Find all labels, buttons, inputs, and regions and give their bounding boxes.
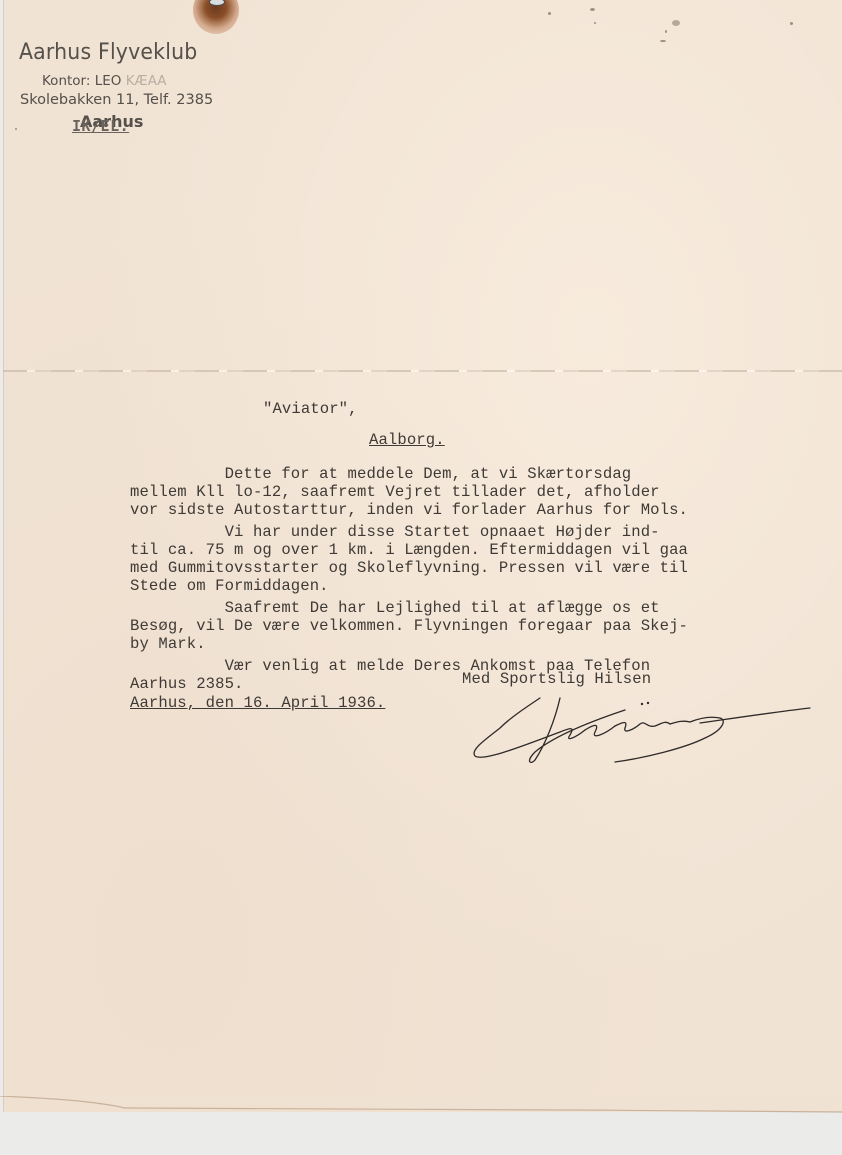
paper-speck — [790, 22, 793, 25]
reference-initials: IK/EL. — [72, 117, 129, 135]
body-line: Saafremt De har Lejlighed til at aflægge… — [130, 599, 660, 617]
paper-speck — [15, 128, 17, 130]
body-line: med Gummitovsstarter og Skoleflyvning. P… — [130, 559, 688, 577]
recipient-name: "Aviator", — [263, 400, 358, 418]
club-address: Skolebakken 11, Telf. 2385 — [20, 92, 213, 108]
club-name: Aarhus Flyveklub — [19, 40, 197, 65]
place-and-date: Aarhus, den 16. April 1936. — [130, 694, 385, 712]
office-line: Kontor: LEO KÆAA — [42, 73, 167, 89]
paper-speck — [594, 22, 596, 24]
paper-speck — [590, 8, 595, 11]
office-name-faded: KÆAA — [126, 73, 167, 89]
recipient-city: Aalborg. — [369, 431, 445, 449]
body-line: Besøg, vil De være velkommen. Flyvningen… — [130, 617, 688, 635]
body-line: Vi har under disse Startet opnaaet Højde… — [130, 523, 660, 541]
body-line: Dette for at meddele Dem, at vi Skærtors… — [130, 465, 631, 483]
body-line: til ca. 75 m og over 1 km. i Længden. Ef… — [130, 541, 688, 559]
body-line: Aarhus 2385. — [130, 675, 244, 693]
closing-salutation: Med Sportslig Hilsen — [462, 670, 651, 688]
body-line: Stede om Formiddagen. — [130, 577, 329, 595]
paper-speck — [665, 30, 667, 33]
body-line: by Mark. — [130, 635, 206, 653]
body-line: vor sidste Autostarttur, inden vi forlad… — [130, 501, 688, 519]
office-label: Kontor: LEO — [42, 73, 121, 89]
paper-speck — [548, 12, 551, 15]
body-line: mellem Kll lo-12, saafremt Vejret tillad… — [130, 483, 660, 501]
paper-speck — [660, 40, 666, 42]
fold-crease — [3, 370, 842, 372]
paper-speck — [672, 20, 680, 26]
signature-scrawl-icon — [465, 690, 815, 765]
